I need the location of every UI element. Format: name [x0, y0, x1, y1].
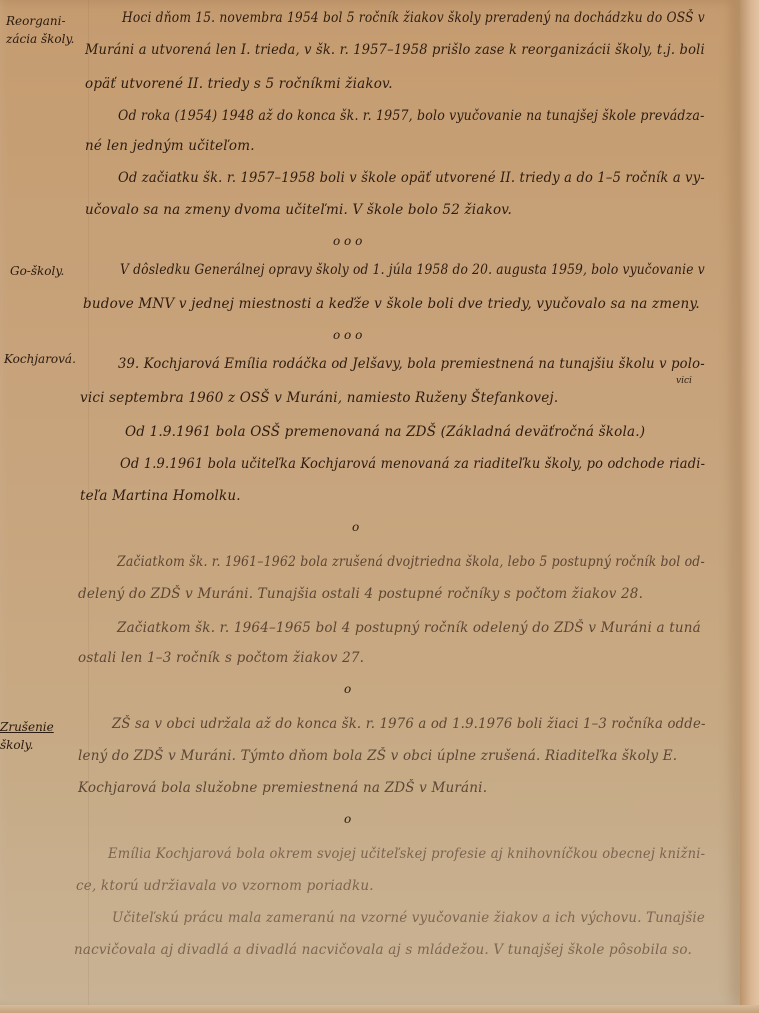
page-edge-bottom [0, 1005, 759, 1013]
text-line: 39. Kochjarová Emília rodáčka od Jelšavy… [118, 356, 705, 372]
text-line: delený do ZDŠ v Muráni. Tunajšia ostali … [78, 586, 643, 602]
text-line: ce, ktorú udržiavala vo vzornom poriadku… [76, 878, 374, 894]
margin-note-general-repair: Go-školy. [10, 262, 64, 280]
margin-note-kochjarova: Kochjarová. [4, 350, 76, 368]
text-line: lený do ZDŠ v Muráni. Týmto dňom bola ZŠ… [78, 748, 677, 764]
document-page: Reorgani- zácia školy. Go-školy. Kochjar… [0, 0, 740, 1005]
text-line: Hoci dňom 15. novembra 1954 bol 5 ročník… [122, 10, 705, 26]
text-line: Emília Kochjarová bola okrem svojej učit… [108, 846, 705, 862]
text-line: Začiatkom šk. r. 1964–1965 bol 4 postupn… [117, 620, 701, 636]
text-line: vici septembra 1960 z OSŠ v Muráni, nami… [80, 390, 558, 406]
text-line: Od začiatku šk. r. 1957–1958 boli v škol… [118, 170, 705, 186]
text-line: Od 1.9.1961 bola OSŠ premenovaná na ZDŠ … [125, 424, 645, 440]
text-line: Muráni a utvorená len I. trieda, v šk. r… [85, 42, 705, 58]
section-separator: o [352, 520, 359, 534]
text-line: Začiatkom šk. r. 1961–1962 bola zrušená … [117, 554, 705, 570]
text-line: ostali len 1–3 ročník s počtom žiakov 27… [78, 650, 364, 666]
margin-note-closure: Zrušenie školy. [0, 718, 54, 754]
text-line: nacvičovala aj divadlá a divadlá nacvičo… [74, 942, 692, 958]
section-separator: o o o [333, 328, 362, 342]
text-line: Kochjarová bola služobne premiestnená na… [78, 780, 487, 796]
text-line: Od roka (1954) 1948 až do konca šk. r. 1… [118, 108, 705, 124]
superscript-note: vici [676, 376, 692, 386]
text-line: V dôsledku Generálnej opravy školy od 1.… [120, 262, 705, 278]
section-separator: o [344, 812, 351, 826]
page-edge-right [740, 0, 759, 1013]
text-line: opäť utvorené II. triedy s 5 ročníkmi ži… [85, 76, 393, 92]
text-line: Učiteľskú prácu mala zameranú na vzorné … [112, 910, 705, 926]
section-separator: o o o [333, 234, 362, 248]
margin-note-reorganization: Reorgani- zácia školy. [6, 12, 75, 48]
text-line: budove MNV v jednej miestnosti a keďže v… [83, 296, 700, 312]
text-line: ZŠ sa v obci udržala až do konca šk. r. … [112, 716, 706, 732]
section-separator: o [344, 682, 351, 696]
text-line: né len jedným učiteľom. [85, 138, 255, 154]
text-line: teľa Martina Homolku. [80, 488, 241, 504]
text-line: Od 1.9.1961 bola učiteľka Kochjarová men… [120, 456, 705, 472]
text-line: učovalo sa na zmeny dvoma učiteľmi. V šk… [85, 202, 512, 218]
